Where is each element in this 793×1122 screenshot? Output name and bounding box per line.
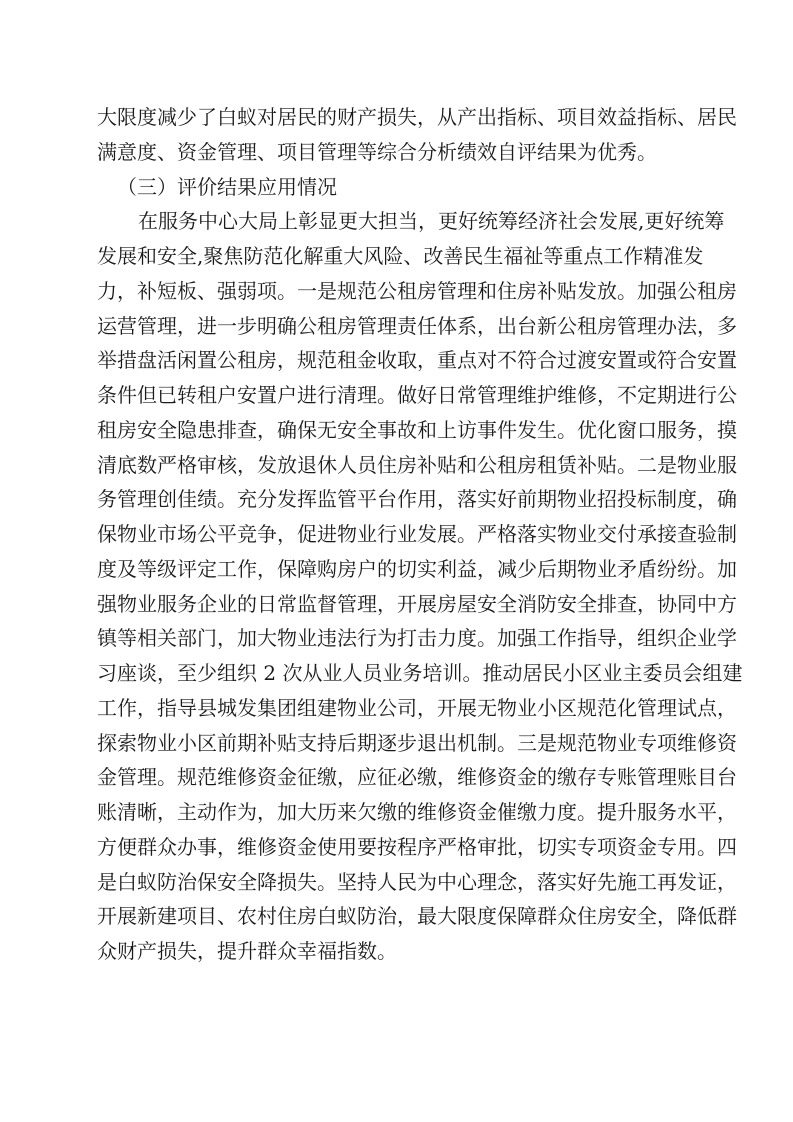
document-page: 大限度减少了白蚁对居民的财产损失，从产出指标、项目效益指标、居民 满意度、资金管… — [97, 100, 699, 969]
text-line: 发展和安全,聚焦防范化解重大风险、改善民生福祉等重点工作精准发 — [97, 239, 699, 274]
text-line: 账清晰，主动作为，加大历来欠缴的维修资金催缴力度。提升服务水平， — [97, 795, 699, 830]
text-line: 方便群众办事，维修资金使用要按程序严格审批，切实专项资金专用。四 — [97, 830, 699, 865]
text-line: 清底数严格审核，发放退休人员住房补贴和公租房租赁补贴。二是物业服 — [97, 448, 699, 483]
text-line: 租房安全隐患排查，确保无安全事故和上访事件发生。优化窗口服务，摸 — [97, 413, 699, 448]
text-line: 力，补短板、强弱项。一是规范公租房管理和住房补贴发放。加强公租房 — [97, 274, 699, 309]
text-line: 运营管理，进一步明确公租房管理责任体系，出台新公租房管理办法，多 — [97, 309, 699, 344]
text-line: 举措盘活闲置公租房，规范租金收取，重点对不符合过渡安置或符合安置 — [97, 343, 699, 378]
text-line: 习座谈，至少组织 2 次从业人员业务培训。推动居民小区业主委员会组建 — [97, 656, 699, 691]
text-line: 金管理。规范维修资金征缴，应征必缴，维修资金的缴存专账管理账目台 — [97, 760, 699, 795]
text-line: 是白蚁防治保安全降损失。坚持人民为中心理念，落实好先施工再发证， — [97, 865, 699, 900]
continuation-paragraph: 大限度减少了白蚁对居民的财产损失，从产出指标、项目效益指标、居民 满意度、资金管… — [97, 100, 699, 170]
text-line: 开展新建项目、农村住房白蚁防治，最大限度保障群众住房安全，降低群 — [97, 899, 699, 934]
text-line: 强物业服务企业的日常监督管理，开展房屋安全消防安全排查，协同中方 — [97, 587, 699, 622]
text-line: 在服务中心大局上彰显更大担当，更好统筹经济社会发展,更好统筹 — [97, 204, 699, 239]
text-line: 大限度减少了白蚁对居民的财产损失，从产出指标、项目效益指标、居民 — [97, 100, 699, 135]
section-heading: （三）评价结果应用情况 — [97, 170, 699, 205]
text-line: 条件但已转租户安置户进行清理。做好日常管理维护维修，不定期进行公 — [97, 378, 699, 413]
text-line: 度及等级评定工作，保障购房户的切实利益，减少后期物业矛盾纷纷。加 — [97, 552, 699, 587]
text-line: 工作，指导县城发集团组建物业公司，开展无物业小区规范化管理试点， — [97, 691, 699, 726]
text-line: 探索物业小区前期补贴支持后期逐步退出机制。三是规范物业专项维修资 — [97, 726, 699, 761]
text-line: 满意度、资金管理、项目管理等综合分析绩效自评结果为优秀。 — [97, 135, 699, 170]
text-line: 众财产损失，提升群众幸福指数。 — [97, 934, 699, 969]
body-paragraph: 在服务中心大局上彰显更大担当，更好统筹经济社会发展,更好统筹 发展和安全,聚焦防… — [97, 204, 699, 969]
text-line: 镇等相关部门，加大物业违法行为打击力度。加强工作指导，组织企业学 — [97, 621, 699, 656]
text-line: 务管理创佳绩。充分发挥监管平台作用，落实好前期物业招投标制度，确 — [97, 482, 699, 517]
text-line: 保物业市场公平竞争，促进物业行业发展。严格落实物业交付承接查验制 — [97, 517, 699, 552]
